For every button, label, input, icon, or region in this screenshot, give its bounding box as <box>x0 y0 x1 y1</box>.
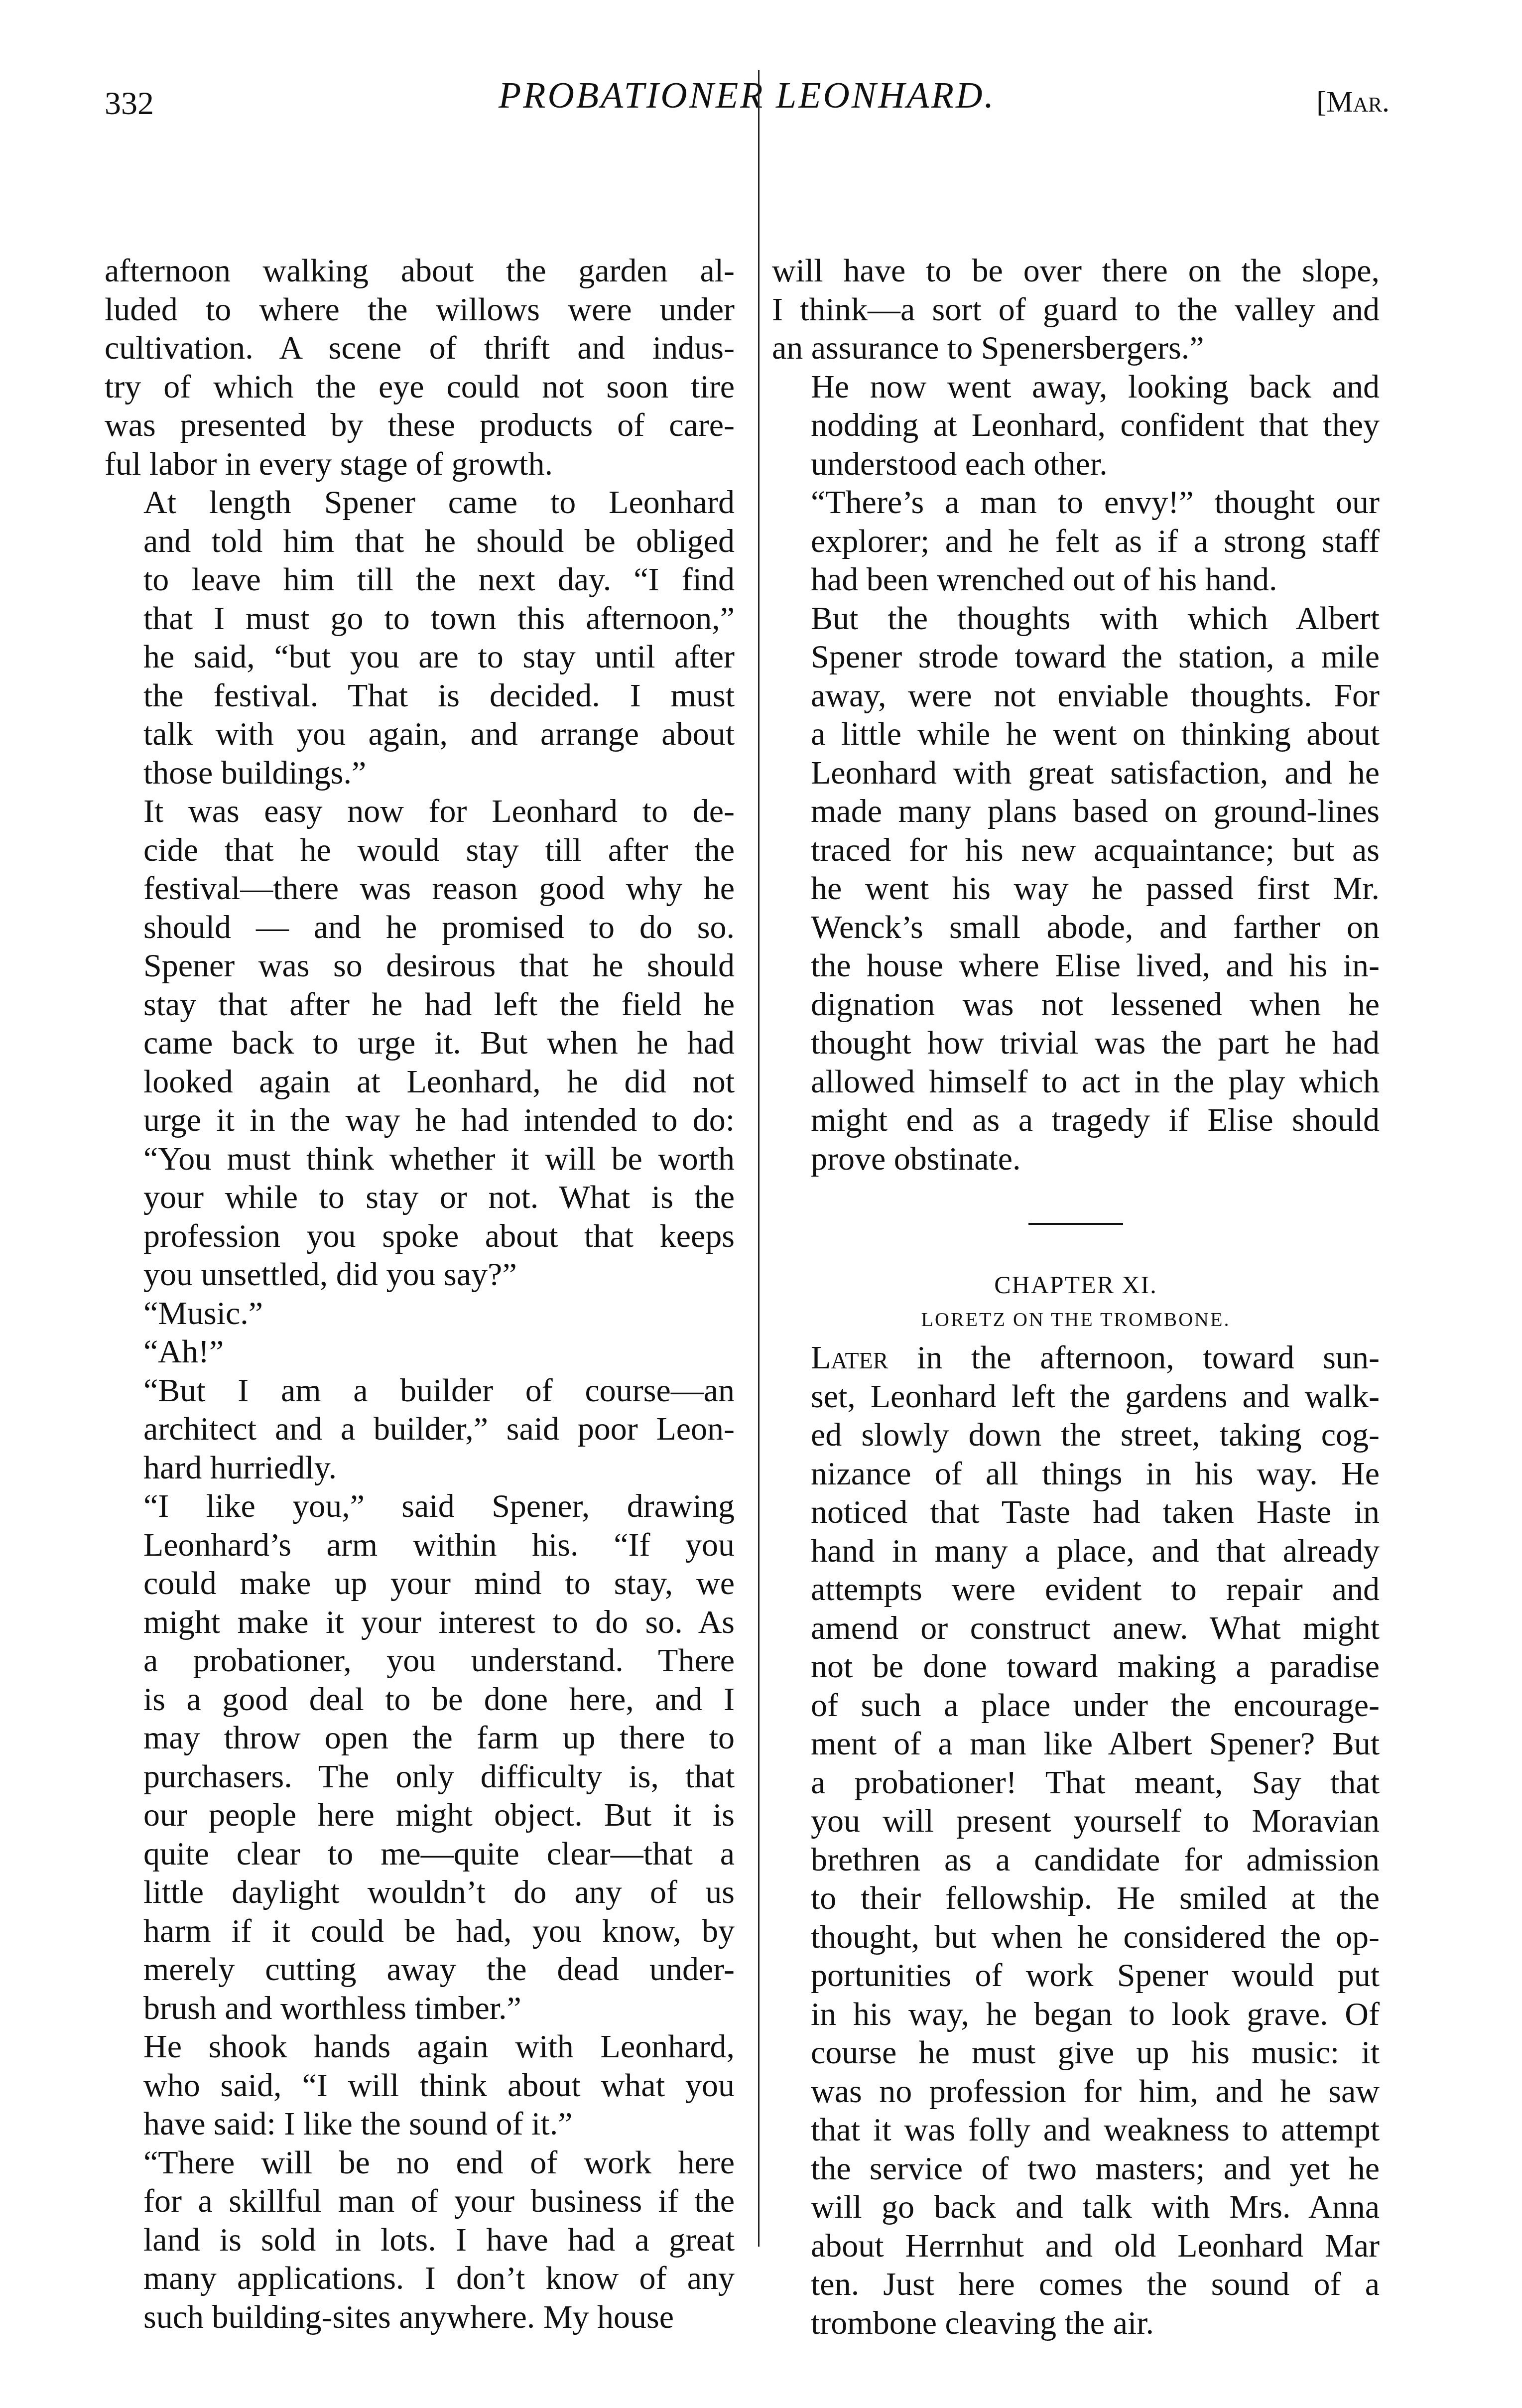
text-line: might end as a tragedy if Elise should <box>772 1101 1380 1140</box>
text-line: stay that after he had left the field he <box>105 985 735 1024</box>
text-line: he said, “but you are to stay until afte… <box>105 638 735 676</box>
text-line: about Herrnhut and old Leonhard Mar <box>772 2227 1380 2266</box>
text-line: away, were not enviable thoughts. For <box>772 676 1380 715</box>
text-line: who said, “I will think about what you <box>105 2066 735 2105</box>
text-line: prove obstinate. <box>772 1140 1380 1179</box>
text-line: a little while he went on thinking about <box>772 715 1380 754</box>
text-line: He now went away, looking back and <box>772 368 1380 406</box>
text-line: should — and he promised to do so. <box>105 908 735 947</box>
text-line: many applications. I don’t know of any <box>105 2259 735 2298</box>
right-column: will have to be over there on the slope,… <box>772 252 1380 2342</box>
text-line: set, Leonhard left the gardens and walk- <box>772 1377 1380 1416</box>
text-line: looked again at Leonhard, he did not <box>105 1063 735 1101</box>
text-line: talk with you again, and arrange about <box>105 715 735 754</box>
text-line: of such a place under the encourage- <box>772 1686 1380 1725</box>
text-line: course he must give up his music: it <box>772 2033 1380 2072</box>
text-line: dignation was not lessened when he <box>772 985 1380 1024</box>
text-line: could make up your mind to stay, we <box>105 1564 735 1603</box>
paragraph: “There will be no end of work herefor a … <box>105 2143 735 2337</box>
paragraph: He now went away, looking back andnoddin… <box>772 368 1380 484</box>
paragraph: Later in the afternoon, toward sun-set, … <box>772 1338 1380 2342</box>
text-line: he went his way he passed first Mr. <box>772 869 1380 908</box>
paragraph: “Music.” <box>105 1294 735 1333</box>
text-line: little daylight wouldn’t do any of us <box>105 1873 735 1912</box>
text-line: to their fellowship. He smiled at the <box>772 1879 1380 1918</box>
text-line: Spener was so desirous that he should <box>105 946 735 985</box>
text-line: “Music.” <box>105 1294 735 1333</box>
text-line: Wenck’s small abode, and farther on <box>772 908 1380 947</box>
text-line: amend or construct anew. What might <box>772 1609 1380 1648</box>
text-line: you unsettled, did you say?” <box>105 1255 735 1294</box>
text-line: to leave him till the next day. “I find <box>105 560 735 599</box>
text-line: Leonhard with great satisfaction, and he <box>772 754 1380 793</box>
right-column-before-chapter: will have to be over there on the slope,… <box>772 252 1380 1178</box>
text-line: not be done toward making a paradise <box>772 1647 1380 1686</box>
text-line: “But I am a builder of course—an <box>105 1371 735 1410</box>
running-month: [Mar. <box>1316 85 1390 119</box>
paragraph: He shook hands again with Leonhard,who s… <box>105 2027 735 2143</box>
text-line: It was easy now for Leonhard to de- <box>105 792 735 831</box>
paragraph: It was easy now for Leonhard to de-cide … <box>105 792 735 1294</box>
text-line: afternoon walking about the garden al- <box>105 252 735 290</box>
text-line: brethren as a candidate for admission <box>772 1841 1380 1879</box>
text-line: cultivation. A scene of thrift and indus… <box>105 329 735 368</box>
text-line: At length Spener came to Leonhard <box>105 483 735 522</box>
paragraph: But the thoughts with which AlbertSpener… <box>772 599 1380 1179</box>
text-line: Later in the afternoon, toward sun- <box>772 1338 1380 1377</box>
text-line: “There will be no end of work here <box>105 2143 735 2182</box>
text-line: ed slowly down the street, taking cog- <box>772 1416 1380 1455</box>
text-line: had been wrenched out of his hand. <box>772 560 1380 599</box>
text-line: was no profession for him, and he saw <box>772 2072 1380 2111</box>
text-line: attempts were evident to repair and <box>772 1570 1380 1609</box>
text-line: But the thoughts with which Albert <box>772 599 1380 638</box>
chapter-opening-word: Later <box>811 1339 888 1376</box>
text-line: such building-sites anywhere. My house <box>105 2298 735 2337</box>
text-line: cide that he would stay till after the <box>105 831 735 870</box>
text-line: merely cutting away the dead under- <box>105 1950 735 1989</box>
text-line: your while to stay or not. What is the <box>105 1178 735 1217</box>
paragraph: “Ah!” <box>105 1333 735 1371</box>
text-line: a probationer! That meant, Say that <box>772 1763 1380 1802</box>
text-line: luded to where the willows were under <box>105 290 735 329</box>
chapter-title: CHAPTER XI. <box>772 1270 1380 1300</box>
paragraph: “But I am a builder of course—anarchitec… <box>105 1371 735 1487</box>
text-line: was presented by these products of care- <box>105 406 735 445</box>
text-line: hard hurriedly. <box>105 1449 735 1487</box>
text-line: traced for his new acquaintance; but as <box>772 831 1380 870</box>
text-line: Leonhard’s arm within his. “If you <box>105 1526 735 1565</box>
text-line: “There’s a man to envy!” thought our <box>772 483 1380 522</box>
text-line: is a good deal to be done here, and I <box>105 1680 735 1719</box>
text-line: that it was folly and weakness to attemp… <box>772 2111 1380 2149</box>
left-column: afternoon walking about the garden al-lu… <box>105 252 735 2336</box>
text-line: will have to be over there on the slope, <box>772 252 1380 290</box>
text-line: quite clear to me—quite clear—that a <box>105 1835 735 1873</box>
paragraph: “I like you,” said Spener, drawingLeonha… <box>105 1487 735 2027</box>
text-line: thought how trivial was the part he had <box>772 1024 1380 1063</box>
text-line: that I must go to town this afternoon,” <box>105 599 735 638</box>
text-line: the service of two masters; and yet he <box>772 2149 1380 2188</box>
text-line: Spener strode toward the station, a mile <box>772 638 1380 676</box>
text-line: our people here might object. But it is <box>105 1796 735 1835</box>
text-line: architect and a builder,” said poor Leon… <box>105 1410 735 1449</box>
text-line: came back to urge it. But when he had <box>105 1024 735 1063</box>
text-line: made many plans based on ground-lines <box>772 792 1380 831</box>
section-rule <box>1028 1223 1123 1225</box>
text-line: may throw open the farm up there to <box>105 1719 735 1757</box>
text-line: for a skillful man of your business if t… <box>105 2182 735 2221</box>
text-line: allowed himself to act in the play which <box>772 1063 1380 1101</box>
text-line: harm if it could be had, you know, by <box>105 1912 735 1951</box>
text-line: festival—there was reason good why he <box>105 869 735 908</box>
text-line: the house where Elise lived, and his in- <box>772 946 1380 985</box>
text-line: hand in many a place, and that already <box>772 1532 1380 1571</box>
text-line: I think—a sort of guard to the valley an… <box>772 290 1380 329</box>
text-line: “Ah!” <box>105 1333 735 1371</box>
text-line: nizance of all things in his way. He <box>772 1455 1380 1493</box>
text-line: in his way, he began to look grave. Of <box>772 1995 1380 2034</box>
paragraph: At length Spener came to Leonhardand tol… <box>105 483 735 792</box>
text-line: explorer; and he felt as if a strong sta… <box>772 522 1380 561</box>
text-line: trombone cleaving the air. <box>772 2304 1380 2343</box>
text-line: land is sold in lots. I have had a great <box>105 2221 735 2260</box>
text-line: purchasers. The only difficulty is, that <box>105 1757 735 1796</box>
paragraph: afternoon walking about the garden al-lu… <box>105 252 735 483</box>
text-line: the festival. That is decided. I must <box>105 676 735 715</box>
text-line: and told him that he should be obliged <box>105 522 735 561</box>
text-line: an assurance to Spenersbergers.” <box>772 329 1380 368</box>
text-line: profession you spoke about that keeps <box>105 1217 735 1256</box>
text-line: urge it in the way he had intended to do… <box>105 1101 735 1140</box>
text-line: ten. Just here comes the sound of a <box>772 2265 1380 2304</box>
running-title: PROBATIONER LEONHARD. <box>105 75 1390 117</box>
text-line: have said: I like the sound of it.” <box>105 2105 735 2143</box>
right-column-after-chapter: Later in the afternoon, toward sun-set, … <box>772 1338 1380 2342</box>
text-line: thought, but when he considered the op- <box>772 1918 1380 1957</box>
text-line: those buildings.” <box>105 754 735 793</box>
chapter-subtitle: LORETZ ON THE TROMBONE. <box>772 1305 1380 1335</box>
text-line: you will present yourself to Moravian <box>772 1802 1380 1841</box>
text-line: will go back and talk with Mrs. Anna <box>772 2188 1380 2227</box>
text-line: understood each other. <box>772 445 1380 484</box>
text-line: ment of a man like Albert Spener? But <box>772 1725 1380 1763</box>
paragraph: will have to be over there on the slope,… <box>772 252 1380 368</box>
paragraph: “There’s a man to envy!” thought ourexpl… <box>772 483 1380 599</box>
text-line: a probationer, you understand. There <box>105 1641 735 1680</box>
running-head: 332 PROBATIONER LEONHARD. [Mar. <box>105 75 1390 144</box>
text-line: nodding at Leonhard, confident that they <box>772 406 1380 445</box>
text-line: portunities of work Spener would put <box>772 1956 1380 1995</box>
text-line: “You must think whether it will be worth <box>105 1140 735 1179</box>
column-divider <box>758 70 760 2247</box>
text-line: “I like you,” said Spener, drawing <box>105 1487 735 1526</box>
text-line: He shook hands again with Leonhard, <box>105 2027 735 2066</box>
text-line: brush and worthless timber.” <box>105 1989 735 2028</box>
text-line: might make it your interest to do so. As <box>105 1603 735 1642</box>
text-line: noticed that Taste had taken Haste in <box>772 1493 1380 1532</box>
text-line: try of which the eye could not soon tire <box>105 368 735 406</box>
text-line: ful labor in every stage of growth. <box>105 445 735 484</box>
